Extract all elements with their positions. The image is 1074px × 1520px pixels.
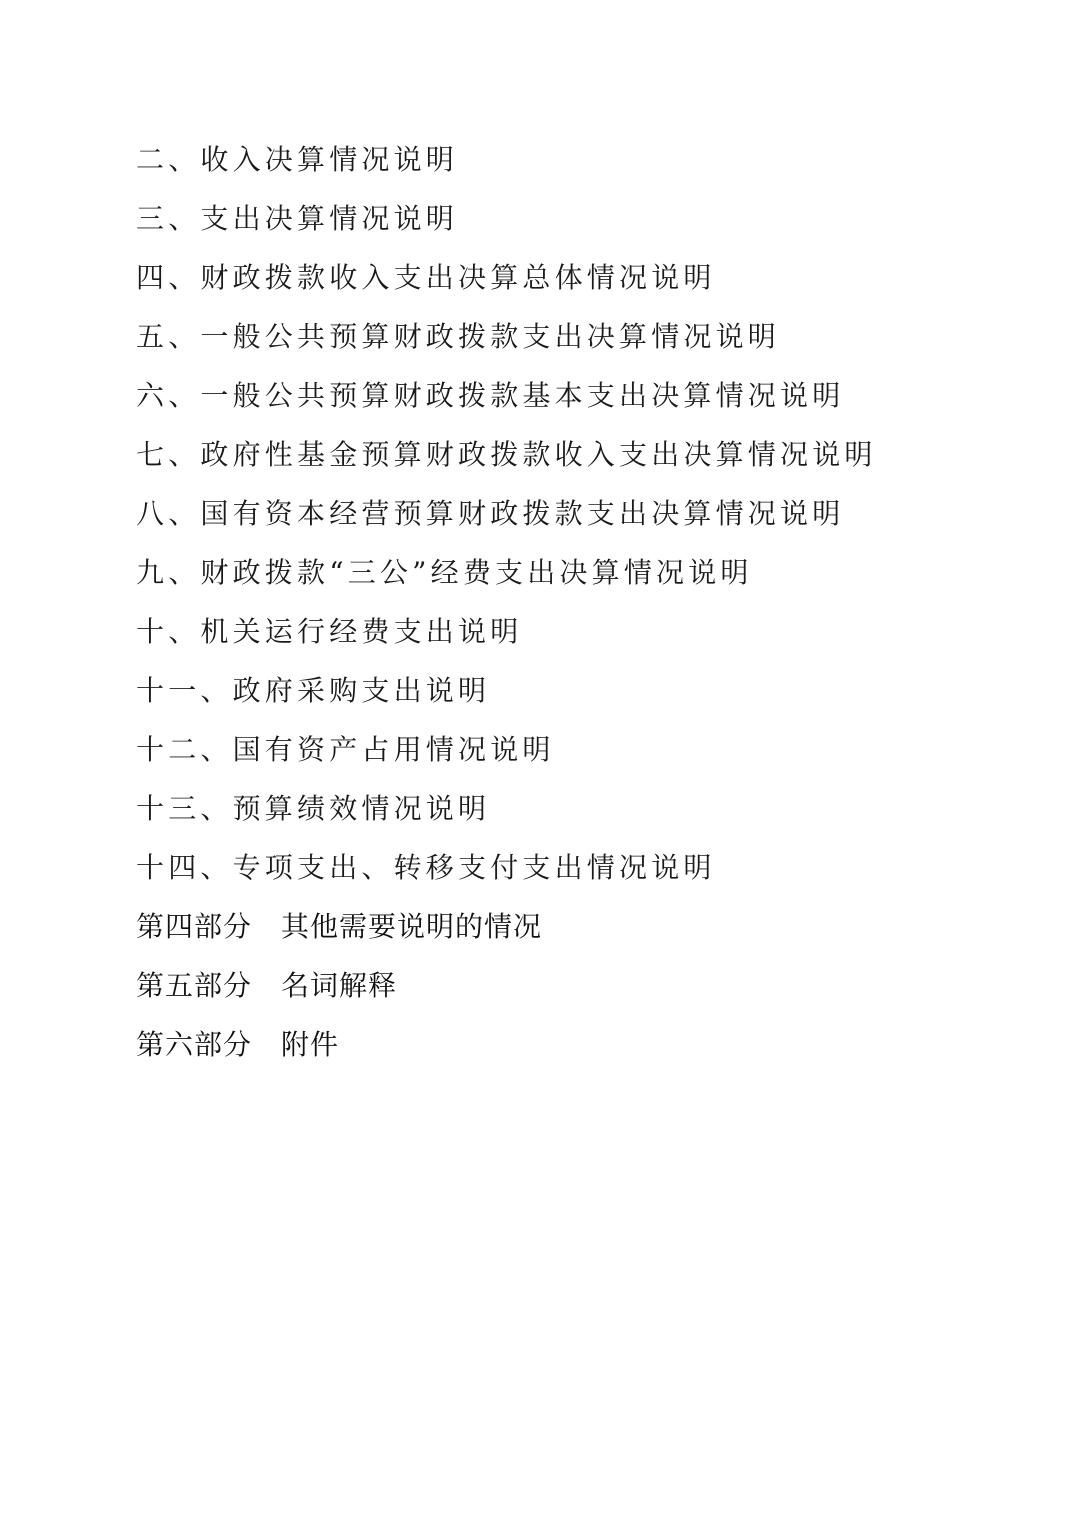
part-title: 其他需要说明的情况 <box>281 905 542 949</box>
part-label: 第六部分 <box>136 1023 281 1067</box>
part-label: 第四部分 <box>136 905 281 949</box>
part-label: 第五部分 <box>136 964 281 1008</box>
toc-part-6: 第六部分附件 <box>136 1023 877 1082</box>
part-title: 附件 <box>281 1023 339 1067</box>
toc-section-8: 八、国有资本经营预算财政拨款支出决算情况说明 <box>136 492 877 551</box>
toc-section-4: 四、财政拨款收入支出决算总体情况说明 <box>136 256 877 315</box>
toc-part-5: 第五部分名词解释 <box>136 964 877 1023</box>
toc-part-4: 第四部分其他需要说明的情况 <box>136 905 877 964</box>
document-page: 二、收入决算情况说明 三、支出决算情况说明 四、财政拨款收入支出决算总体情况说明… <box>0 0 1074 1520</box>
toc-section-7: 七、政府性基金预算财政拨款收入支出决算情况说明 <box>136 433 877 492</box>
toc-section-6: 六、一般公共预算财政拨款基本支出决算情况说明 <box>136 374 877 433</box>
toc-section-11: 十一、政府采购支出说明 <box>136 669 877 728</box>
part-title: 名词解释 <box>281 964 397 1008</box>
table-of-contents: 二、收入决算情况说明 三、支出决算情况说明 四、财政拨款收入支出决算总体情况说明… <box>136 138 877 1082</box>
toc-section-12: 十二、国有资产占用情况说明 <box>136 728 877 787</box>
toc-section-5: 五、一般公共预算财政拨款支出决算情况说明 <box>136 315 877 374</box>
toc-section-10: 十、机关运行经费支出说明 <box>136 610 877 669</box>
toc-section-3: 三、支出决算情况说明 <box>136 197 877 256</box>
toc-section-14: 十四、专项支出、转移支付支出情况说明 <box>136 846 877 905</box>
toc-section-2: 二、收入决算情况说明 <box>136 138 877 197</box>
toc-section-9: 九、财政拨款“三公”经费支出决算情况说明 <box>136 551 877 610</box>
toc-section-13: 十三、预算绩效情况说明 <box>136 787 877 846</box>
